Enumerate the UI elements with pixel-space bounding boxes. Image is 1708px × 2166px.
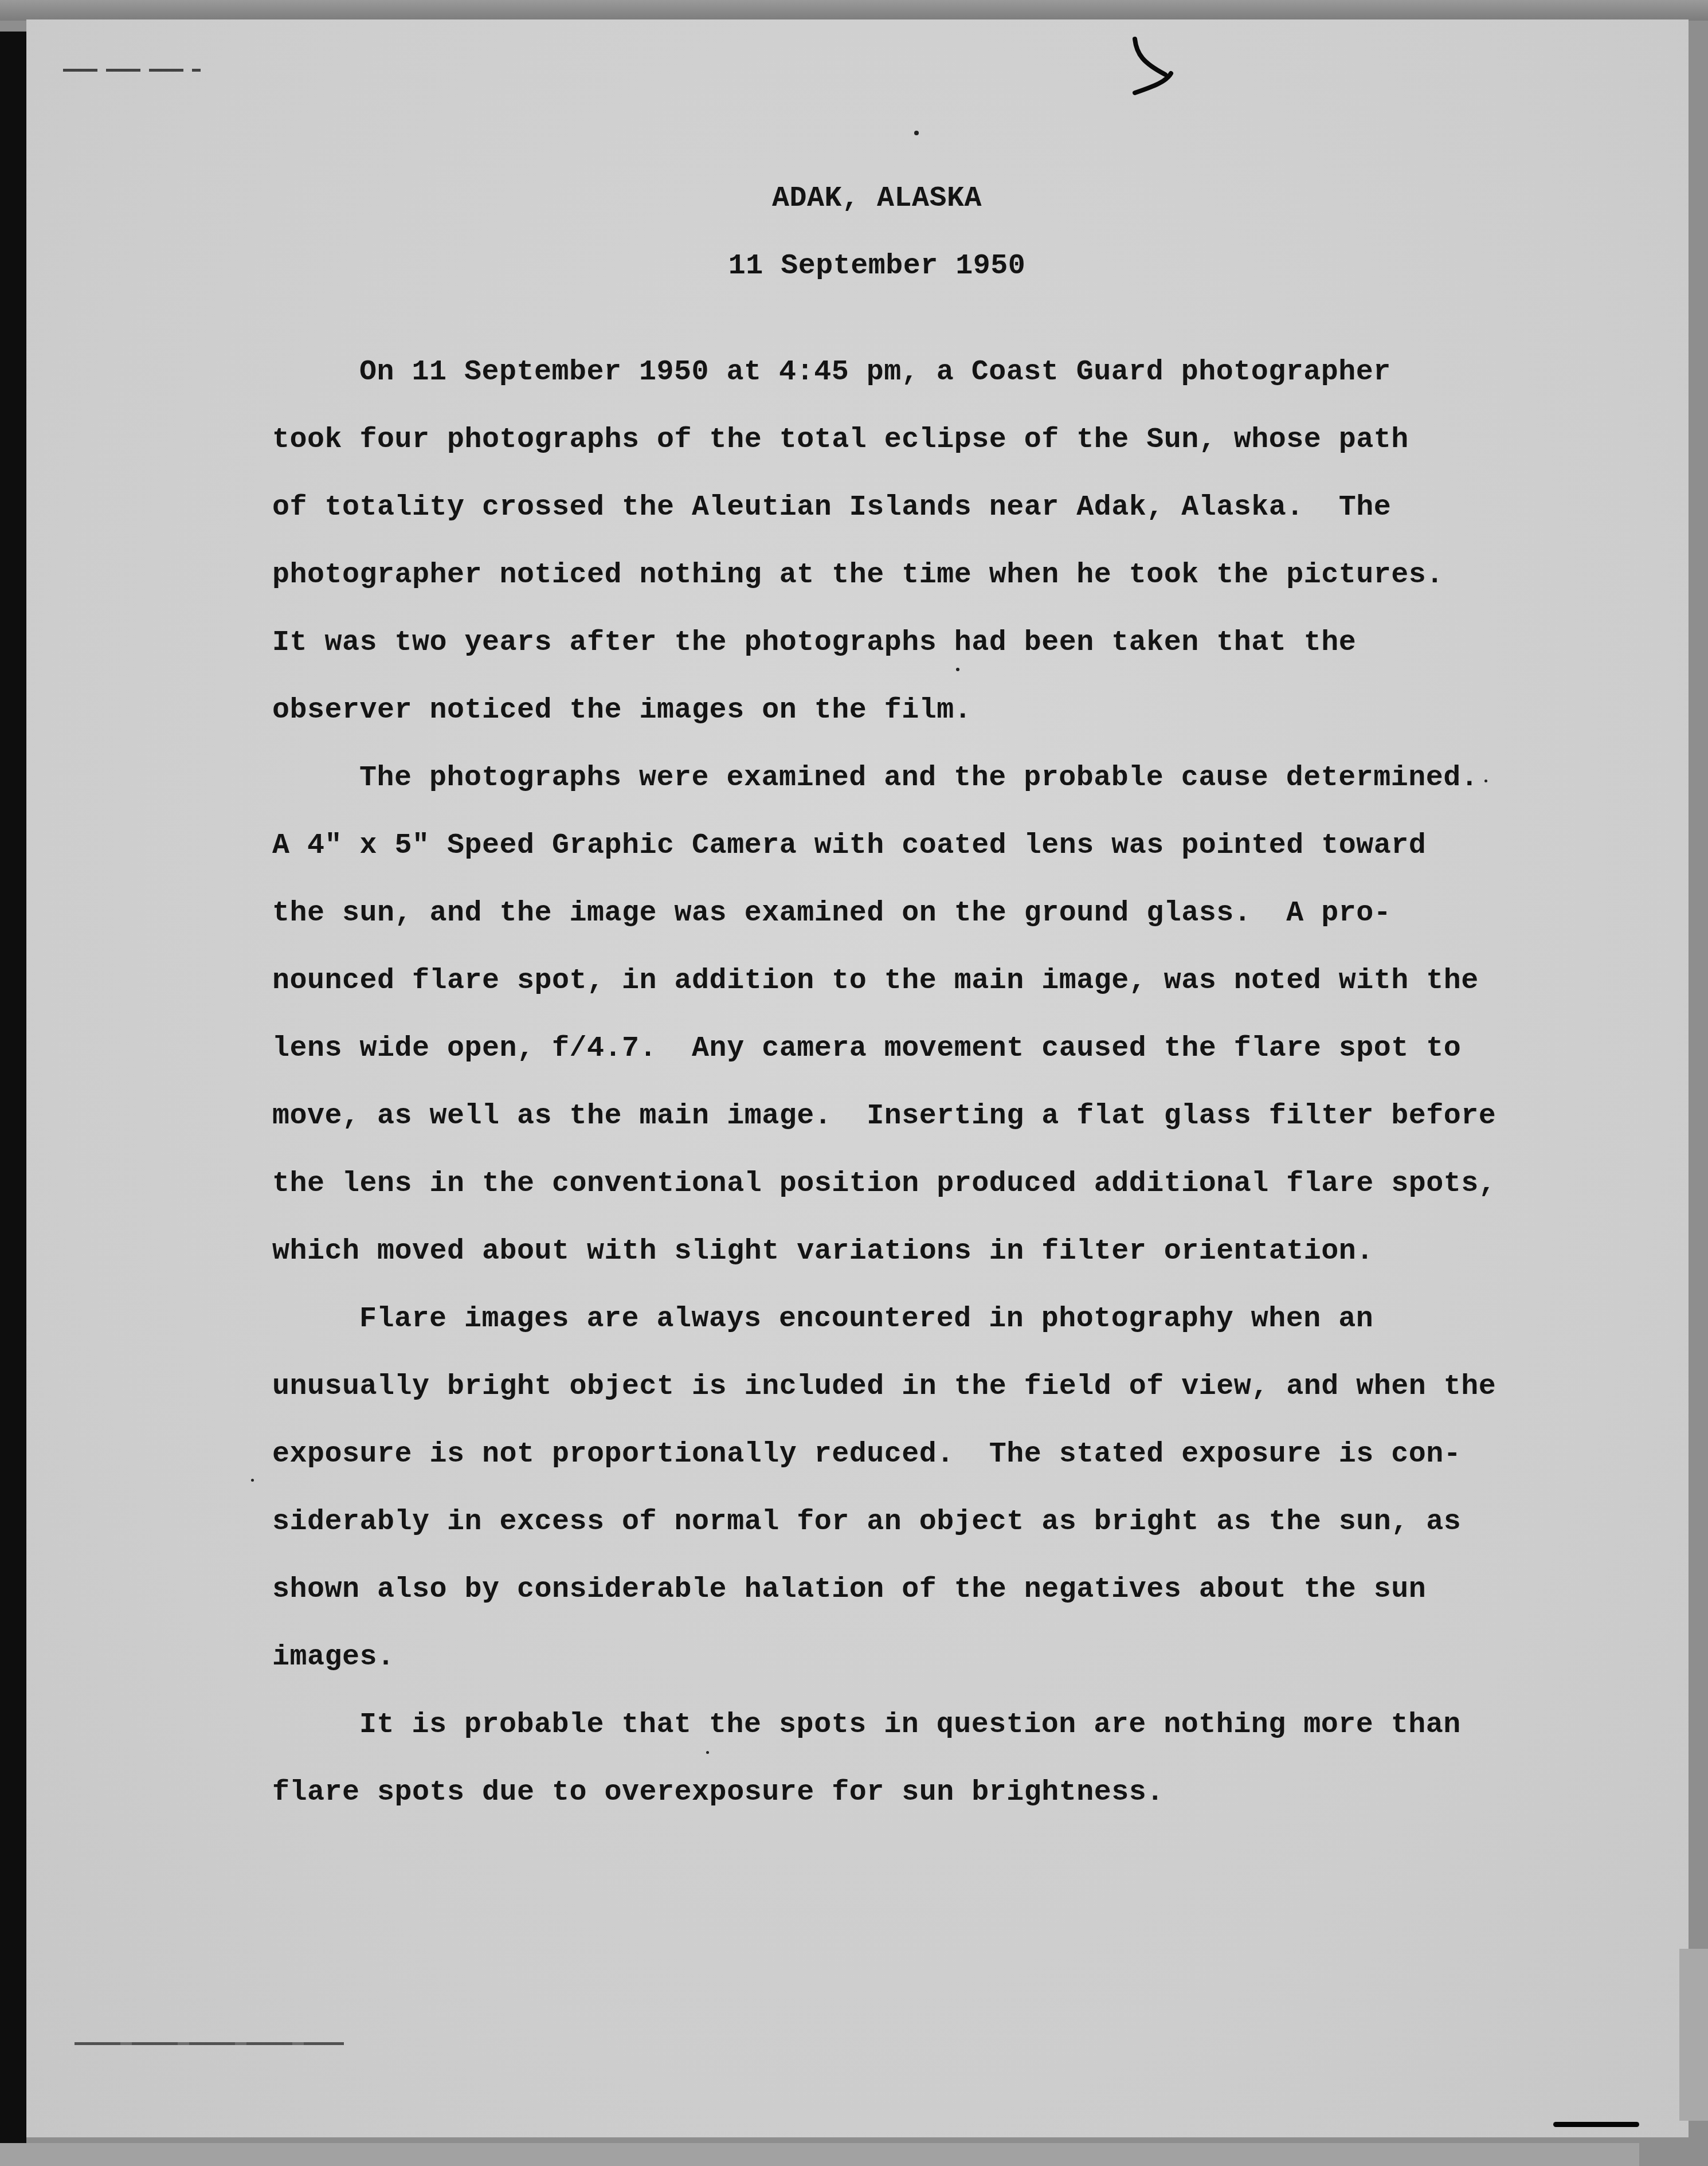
- dashed-mark-top-left: [63, 69, 201, 72]
- paragraph-2-line: lens wide open, f/4.7. Any camera moveme…: [272, 1032, 1461, 1066]
- document-heading: ADAK, ALASKA: [0, 182, 1708, 215]
- paragraph-1-line: It was two years after the photographs h…: [272, 626, 1356, 660]
- speck: [1484, 780, 1487, 782]
- paragraph-2-line: the sun, and the image was examined on t…: [272, 896, 1391, 931]
- handwritten-check-mark-icon: [1132, 29, 1212, 97]
- paragraph-2-line: move, as well as the main image. Inserti…: [272, 1099, 1496, 1134]
- paragraph-1-line: photographer noticed nothing at the time…: [272, 558, 1444, 593]
- paragraph-1-line: took four photographs of the total eclip…: [272, 423, 1409, 457]
- document-date: 11 September 1950: [0, 250, 1708, 283]
- paragraph-2-line: The photographs were examined and the pr…: [359, 761, 1478, 796]
- paragraph-2-line: which moved about with slight variations…: [272, 1235, 1374, 1269]
- paragraph-4-line: It is probable that the spots in questio…: [359, 1708, 1461, 1742]
- paragraph-3-line: shown also by considerable halation of t…: [272, 1573, 1426, 1607]
- paragraph-1-line: On 11 September 1950 at 4:45 pm, a Coast…: [359, 355, 1391, 390]
- speck: [956, 668, 959, 671]
- paragraph-4-line: flare spots due to overexposure for sun …: [272, 1776, 1164, 1810]
- ink-bar-bottom-right: [1553, 2122, 1639, 2127]
- speck: [914, 131, 919, 135]
- scan-right-edge: [1679, 1949, 1708, 2121]
- speck: [251, 1479, 254, 1482]
- speck: [706, 1751, 709, 1754]
- paragraph-3-line: exposure is not proportionally reduced. …: [272, 1438, 1461, 1472]
- paragraph-1-line: observer noticed the images on the film.: [272, 694, 971, 728]
- paragraph-2-line: nounced flare spot, in addition to the m…: [272, 964, 1479, 998]
- scan-top-edge: [0, 0, 1708, 21]
- document-page: [26, 19, 1689, 2137]
- paragraph-3-line: images.: [272, 1640, 395, 1675]
- scan-bottom-edge: [0, 2143, 1639, 2166]
- paragraph-2-line: A 4" x 5" Speed Graphic Camera with coat…: [272, 829, 1426, 863]
- paragraph-3-line: unusually bright object is included in t…: [272, 1370, 1496, 1404]
- dashed-mark-bottom-left: [75, 2042, 344, 2045]
- scan-left-border: [0, 32, 26, 2166]
- paragraph-3-line: Flare images are always encountered in p…: [359, 1302, 1373, 1337]
- paragraph-3-line: siderably in excess of normal for an obj…: [272, 1505, 1461, 1540]
- paragraph-1-line: of totality crossed the Aleutian Islands…: [272, 491, 1391, 525]
- paragraph-2-line: the lens in the conventional position pr…: [272, 1167, 1496, 1201]
